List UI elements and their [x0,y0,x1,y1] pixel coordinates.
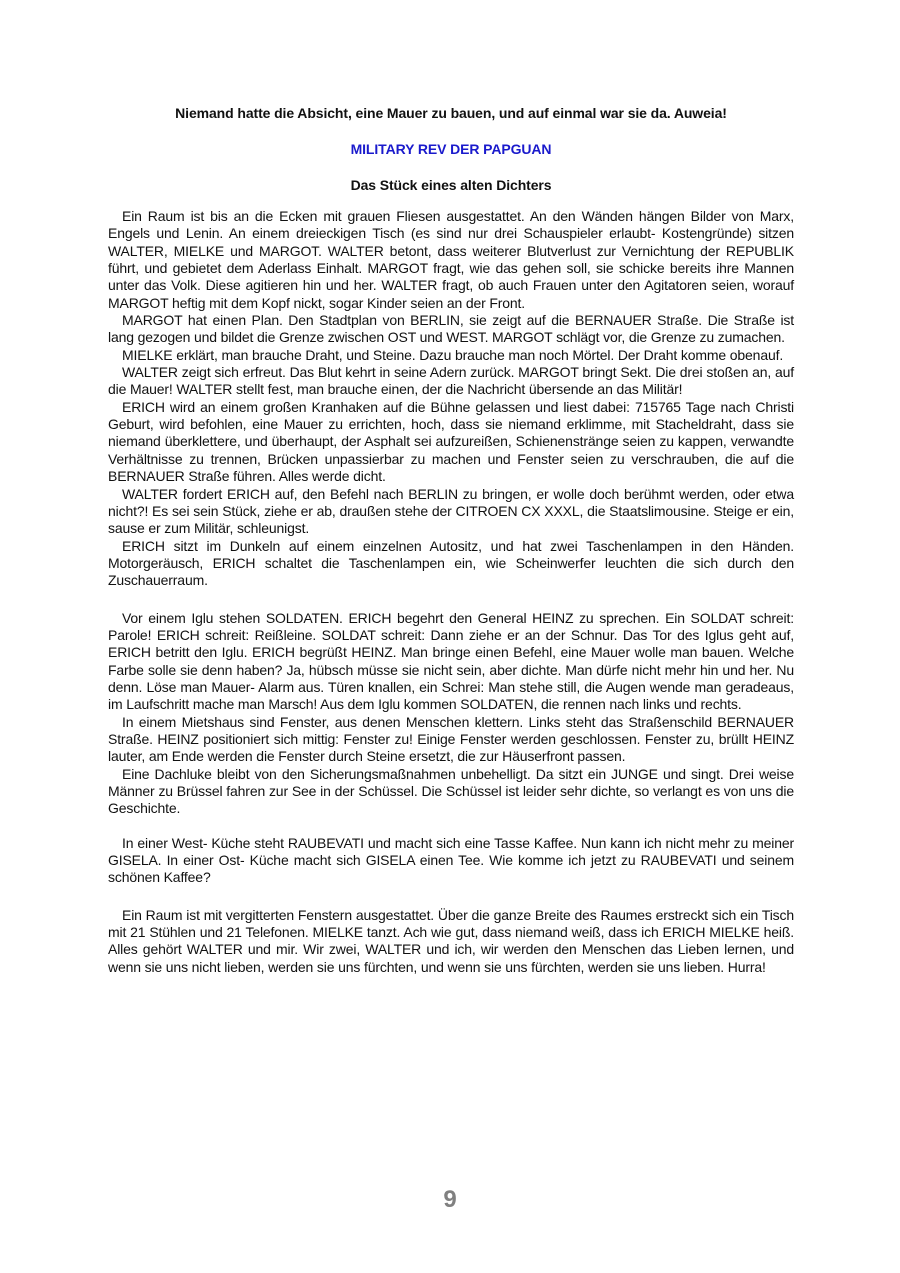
subtitle: Das Stück eines alten Dichters [108,176,794,194]
page-number: 9 [0,1186,900,1214]
document-page: Niemand hatte die Absicht, eine Mauer zu… [108,104,794,976]
paragraph: Ein Raum ist bis an die Ecken mit grauen… [108,208,794,312]
paragraph: In einer West- Küche steht RAUBEVATI und… [108,835,794,887]
main-heading: Niemand hatte die Absicht, eine Mauer zu… [108,104,794,122]
paragraph: Vor einem Iglu stehen SOLDATEN. ERICH be… [108,610,794,714]
paragraph: MIELKE erklärt, man brauche Draht, und S… [108,347,794,364]
paragraph: Eine Dachluke bleibt von den Sicherungsm… [108,766,794,818]
paragraph: WALTER zeigt sich erfreut. Das Blut kehr… [108,364,794,399]
paragraph: Ein Raum ist mit vergitterten Fenstern a… [108,907,794,976]
paragraph: WALTER fordert ERICH auf, den Befehl nac… [108,486,794,538]
paragraph: ERICH wird an einem großen Kranhaken auf… [108,399,794,486]
paragraph: ERICH sitzt im Dunkeln auf einem einzeln… [108,538,794,590]
paragraph: MARGOT hat einen Plan. Den Stadtplan von… [108,312,794,347]
paragraph: In einem Mietshaus sind Fenster, aus den… [108,714,794,766]
document-body: Ein Raum ist bis an die Ecken mit grauen… [108,208,794,976]
play-title: MILITARY REV DER PAPGUAN [108,140,794,158]
